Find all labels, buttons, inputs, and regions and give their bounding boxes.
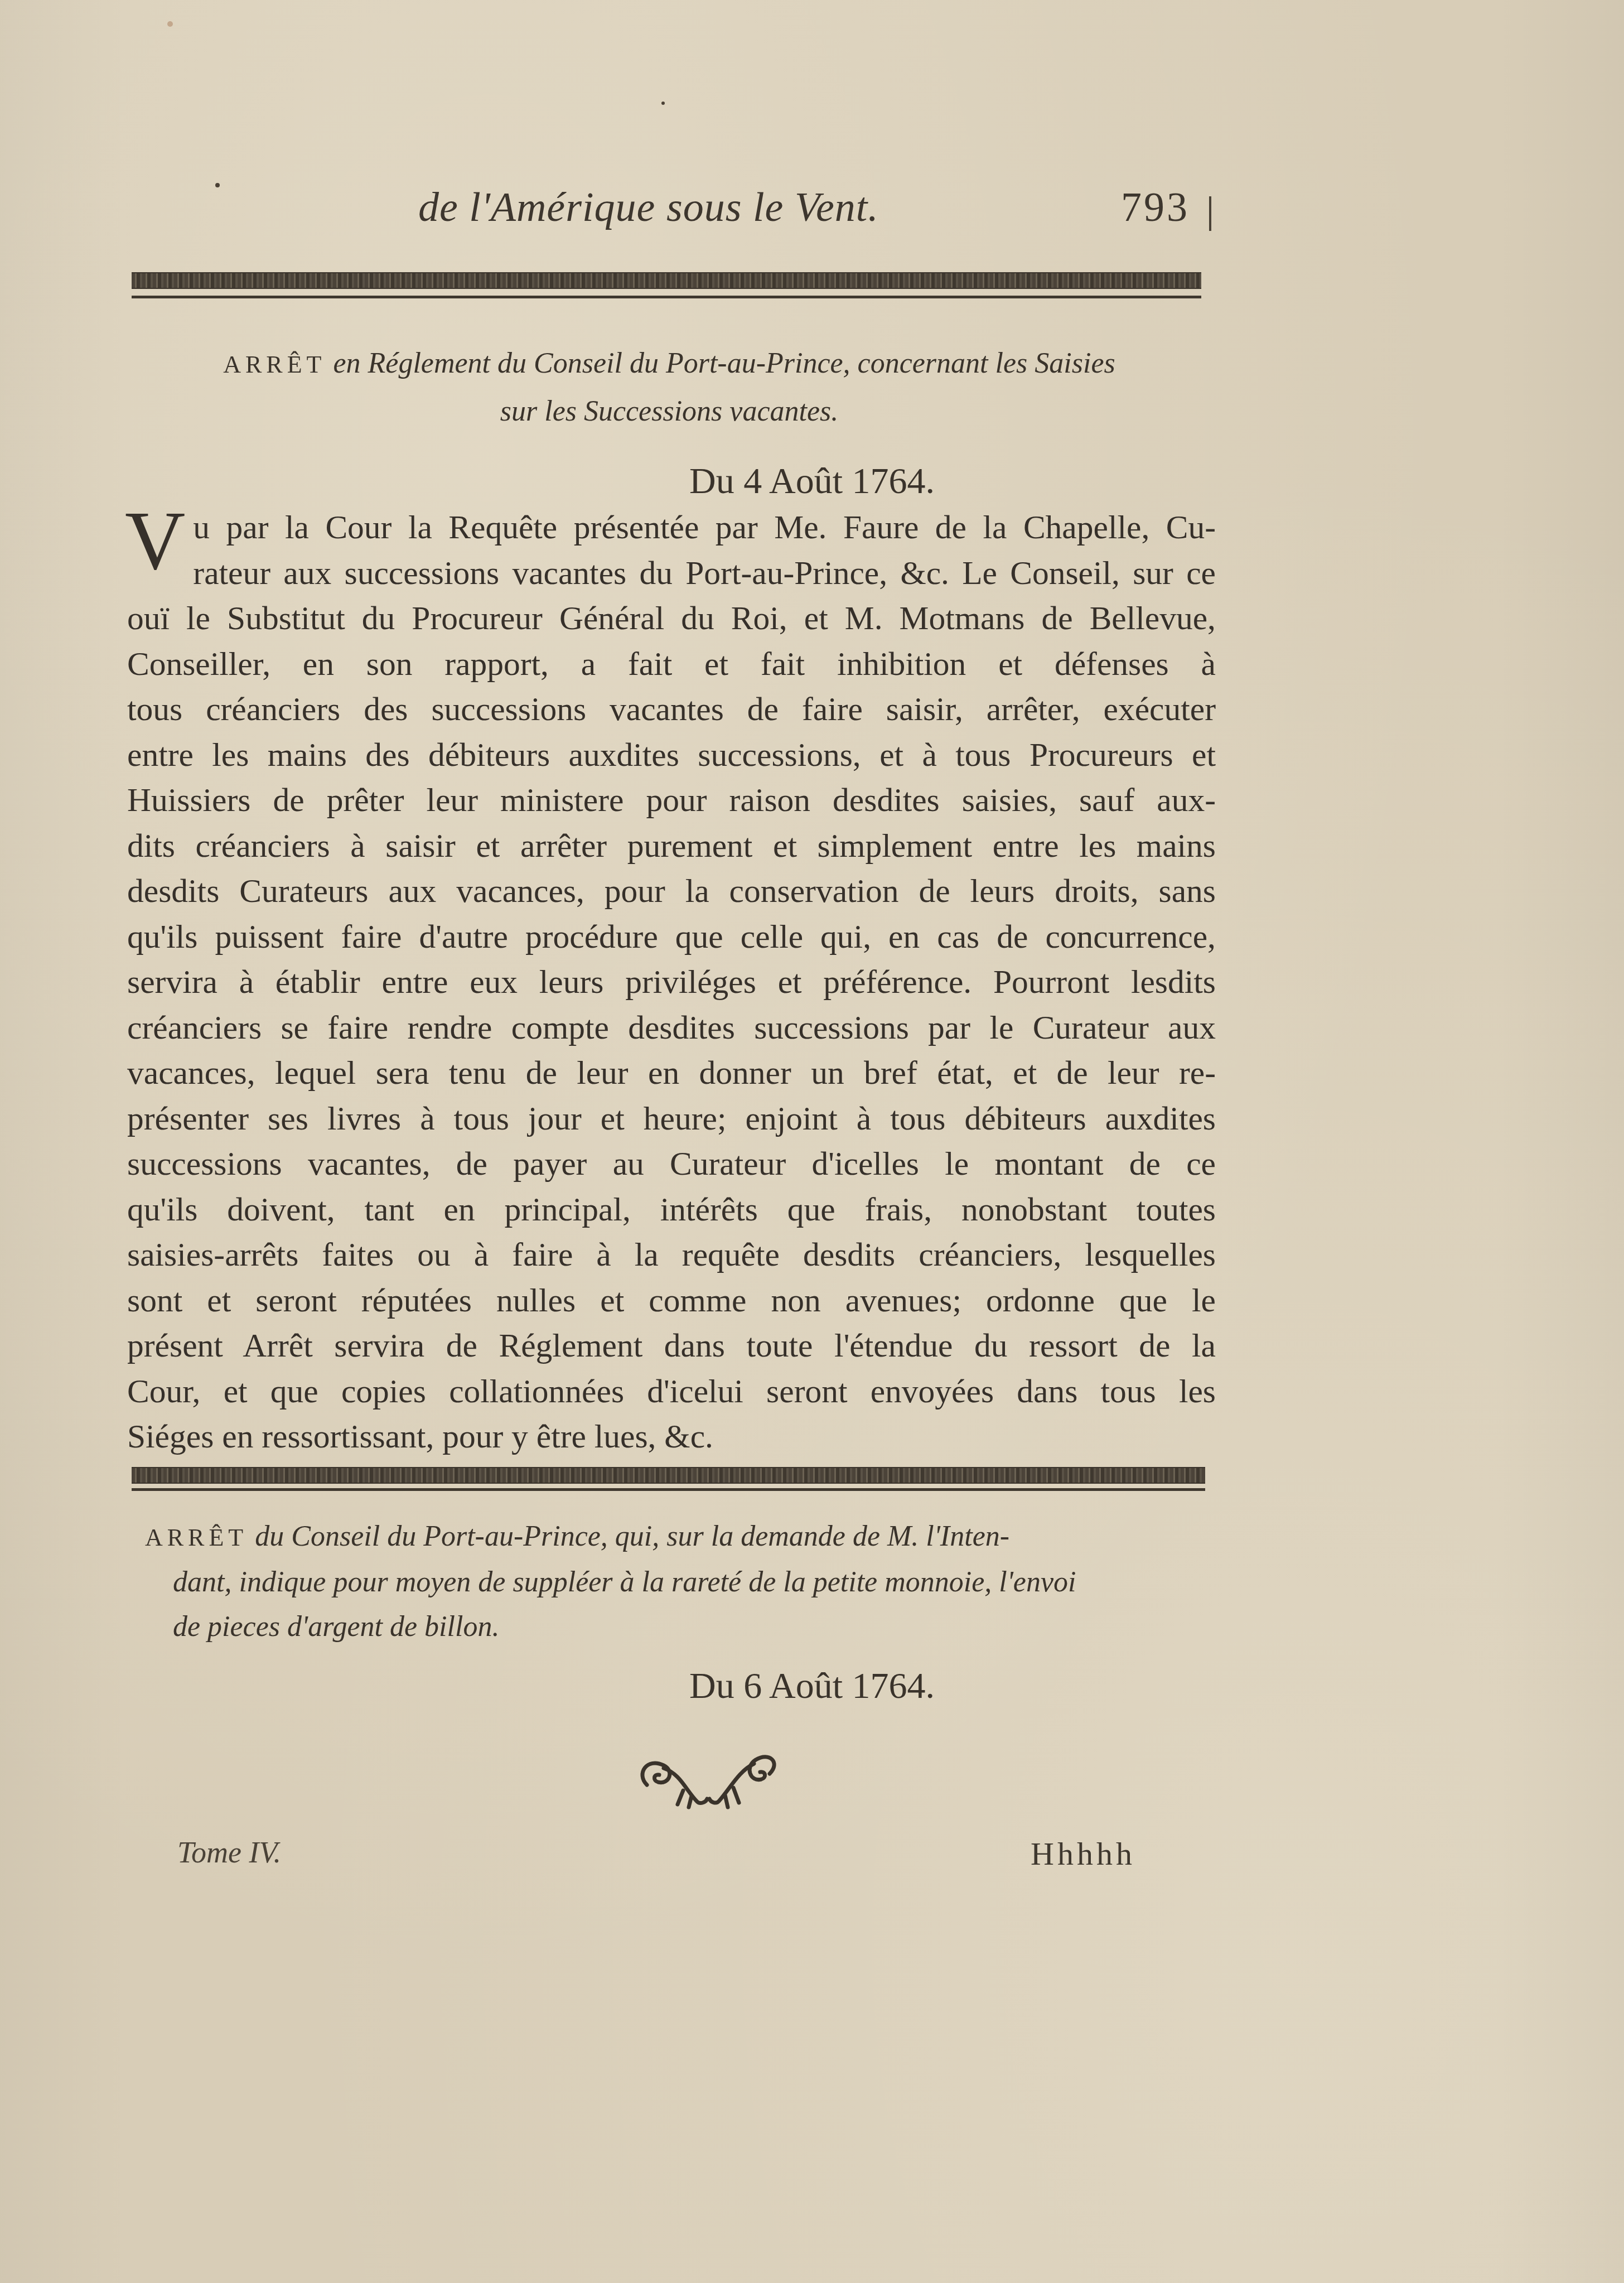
- body-line: ouï le Substitut du Procureur Général du…: [127, 596, 1216, 641]
- section1-date: Du 4 Août 1764.: [0, 460, 1624, 503]
- body-line: présenter ses livres à tous jour et heur…: [127, 1096, 1216, 1142]
- body-line: présent Arrêt servira de Réglement dans …: [127, 1323, 1216, 1369]
- section2-title: ARRÊT du Conseil du Port-au-Prince, qui,…: [145, 1514, 1216, 1649]
- body-line: sont et seront réputées nulles et comme …: [127, 1278, 1216, 1324]
- body-line: qu'ils doivent, tant en principal, intér…: [127, 1187, 1216, 1233]
- body-line: entre les mains des débiteurs auxdites s…: [127, 732, 1216, 778]
- body-line: Cour, et que copies collationnées d'icel…: [127, 1369, 1216, 1415]
- section1-body: V u par la Cour la Requête présentée par…: [127, 505, 1216, 1460]
- section2-title-line3: de pieces d'argent de billon.: [145, 1605, 1216, 1649]
- section-divider-thin: [132, 1488, 1205, 1491]
- body-line: créanciers se faire rendre compte desdit…: [127, 1005, 1216, 1051]
- header-rule-thin: [132, 296, 1201, 298]
- section2-title-smallcaps: ARRÊT: [145, 1524, 248, 1551]
- section2-title-line2: dant, indique pour moyen de suppléer à l…: [145, 1560, 1216, 1605]
- volume-label: Tome IV.: [177, 1835, 281, 1870]
- section1-title-line1: ARRÊT en Réglement du Conseil du Port-au…: [128, 340, 1210, 388]
- body-line: Siéges en ressortissant, pour y être lue…: [127, 1414, 1216, 1460]
- running-title: de l'Amérique sous le Vent.: [418, 184, 879, 231]
- section-divider-thick: [132, 1467, 1205, 1484]
- body-line: vacances, lequel sera tenu de leur en do…: [127, 1050, 1216, 1096]
- page-number: 793: [1121, 184, 1190, 231]
- body-line: dits créanciers à saisir et arrêter pure…: [127, 823, 1216, 869]
- body-line: successions vacantes, de payer au Curate…: [127, 1141, 1216, 1187]
- body-line: tous créanciers des successions vacantes…: [127, 687, 1216, 732]
- document-page: de l'Amérique sous le Vent. 793 ARRÊT en…: [0, 0, 1624, 2283]
- section2-date: Du 6 Août 1764.: [0, 1665, 1624, 1707]
- body-line: qu'ils puissent faire d'autre procédure …: [127, 914, 1216, 960]
- section1-title-rest: en Réglement du Conseil du Port-au-Princ…: [326, 347, 1115, 379]
- body-line: desdits Curateurs aux vacances, pour la …: [127, 868, 1216, 914]
- section1-title: ARRÊT en Réglement du Conseil du Port-au…: [128, 340, 1210, 435]
- section1-title-smallcaps: ARRÊT: [223, 351, 326, 378]
- paper-speck: [167, 21, 173, 27]
- body-line: u par la Cour la Requête présentée par M…: [127, 505, 1216, 551]
- signature-mark: Hhhhh: [1031, 1835, 1135, 1872]
- header-rule-thick: [132, 272, 1201, 289]
- section2-title-rest: du Conseil du Port-au-Prince, qui, sur l…: [248, 1521, 1009, 1552]
- section1-title-line2: sur les Successions vacantes.: [128, 388, 1210, 435]
- section2-title-line1: ARRÊT du Conseil du Port-au-Prince, qui,…: [145, 1514, 1216, 1560]
- body-line: Huissiers de prêter leur ministere pour …: [127, 778, 1216, 823]
- body-line: servira à établir entre eux leurs privil…: [127, 959, 1216, 1005]
- fleuron-scroll-ornament-icon: [630, 1751, 786, 1813]
- body-line: saisies-arrêts faites ou à faire à la re…: [127, 1232, 1216, 1278]
- folio-bracket: [1209, 196, 1211, 231]
- paper-speck: [215, 183, 220, 187]
- paper-speck: [661, 102, 665, 105]
- body-line: Conseiller, en son rapport, a fait et fa…: [127, 641, 1216, 687]
- body-line: rateur aux successions vacantes du Port-…: [127, 551, 1216, 596]
- drop-cap: V: [125, 508, 185, 574]
